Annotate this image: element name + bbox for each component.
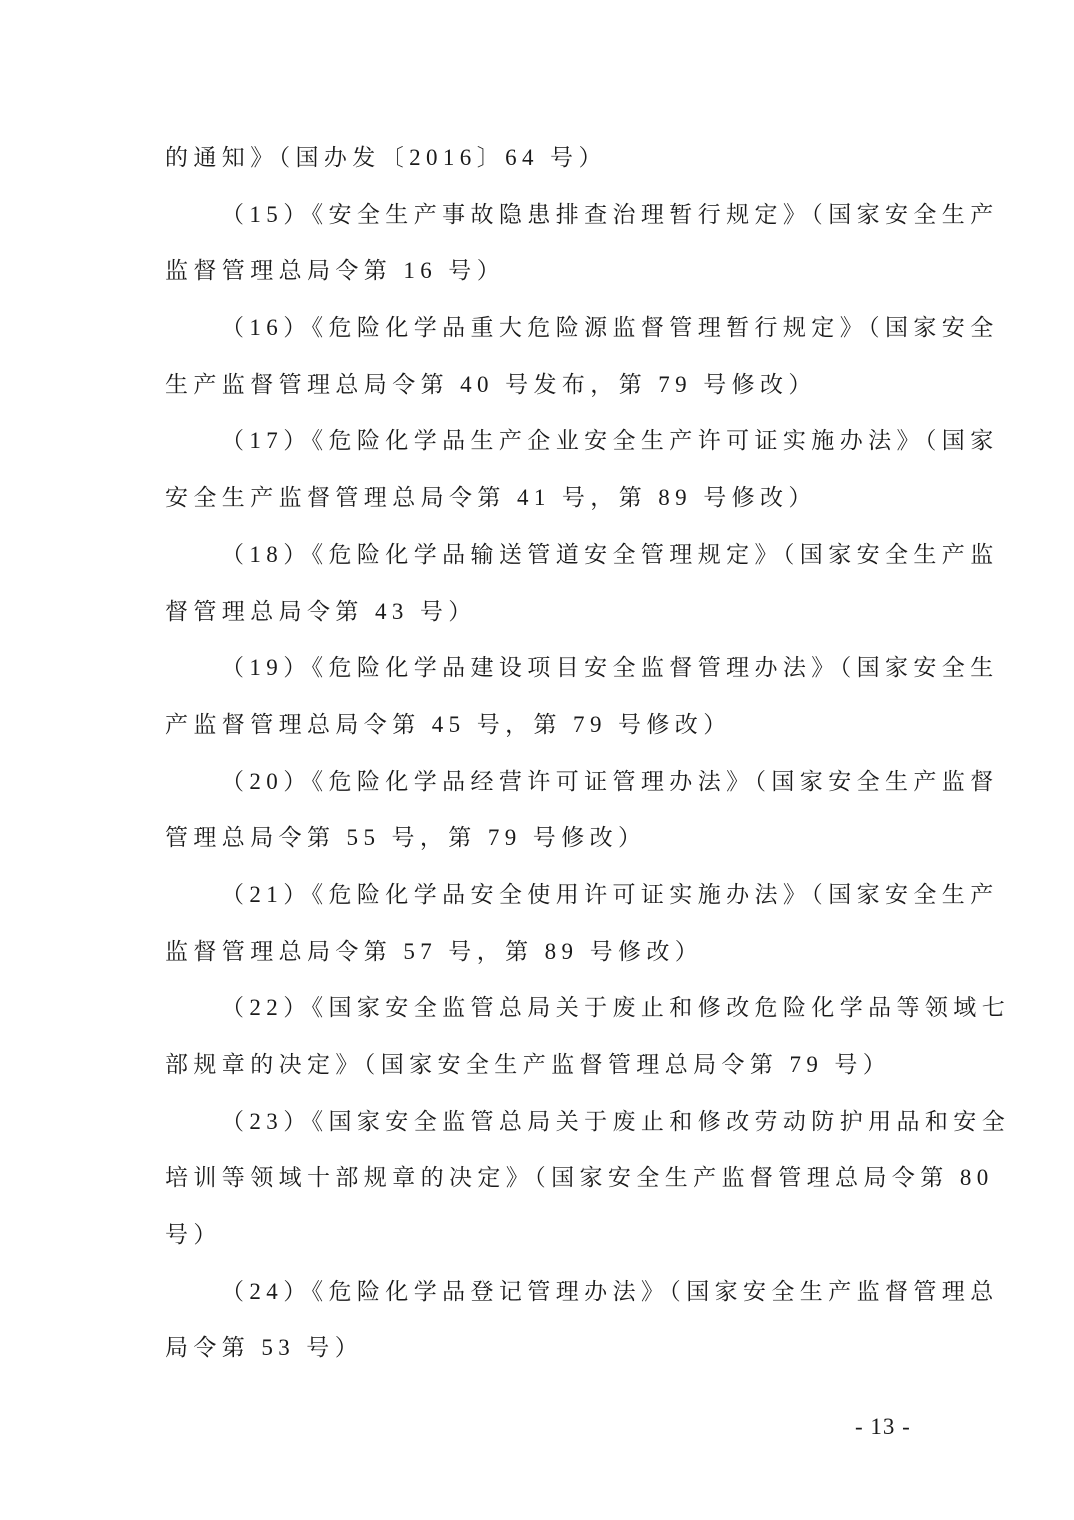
list-item-23-line-1: （23）《国家安全监管总局关于废止和修改劳动防护用品和安全	[165, 1101, 913, 1158]
list-item-16-line-2: 生产监督管理总局令第 40 号发布，第 79 号修改）	[165, 364, 913, 421]
list-item-16-line-1: （16）《危险化学品重大危险源监督管理暂行规定》（国家安全	[165, 307, 913, 364]
list-item-15-line-1: （15）《安全生产事故隐患排查治理暂行规定》（国家安全生产	[165, 194, 913, 251]
list-item-21-line-2: 监督管理总局令第 57 号，第 89 号修改）	[165, 931, 913, 988]
list-item-19-line-2: 产监督管理总局令第 45 号，第 79 号修改）	[165, 704, 913, 761]
list-item-20-line-2: 管理总局令第 55 号，第 79 号修改）	[165, 817, 913, 874]
list-item-18-line-2: 督管理总局令第 43 号）	[165, 591, 913, 648]
list-item-19-line-1: （19）《危险化学品建设项目安全监督管理办法》（国家安全生	[165, 647, 913, 704]
page-number: - 13 -	[855, 1412, 911, 1442]
list-item-23-line-2: 培训等领域十部规章的决定》（国家安全生产监督管理总局令第 80	[165, 1157, 913, 1214]
list-item-17-line-1: （17）《危险化学品生产企业安全生产许可证实施办法》（国家	[165, 420, 913, 477]
list-item-24-line-2: 局令第 53 号）	[165, 1327, 913, 1384]
list-item-17-line-2: 安全生产监督管理总局令第 41 号，第 89 号修改）	[165, 477, 913, 534]
list-item-21-line-1: （21）《危险化学品安全使用许可证实施办法》（国家安全生产	[165, 874, 913, 931]
list-item-18-line-1: （18）《危险化学品输送管道安全管理规定》（国家安全生产监	[165, 534, 913, 591]
list-item-22-line-2: 部规章的决定》（国家安全生产监督管理总局令第 79 号）	[165, 1044, 913, 1101]
list-item-15-line-2: 监督管理总局令第 16 号）	[165, 250, 913, 307]
list-item-23-line-3: 号）	[165, 1214, 913, 1271]
regulation-list: 的通知》（国办发〔2016〕64 号） （15）《安全生产事故隐患排查治理暂行规…	[165, 137, 913, 1384]
list-item-22-line-1: （22）《国家安全监管总局关于废止和修改危险化学品等领域七	[165, 987, 913, 1044]
continuation-line: 的通知》（国办发〔2016〕64 号）	[165, 137, 913, 194]
document-page: 的通知》（国办发〔2016〕64 号） （15）《安全生产事故隐患排查治理暂行规…	[0, 0, 1074, 1520]
list-item-20-line-1: （20）《危险化学品经营许可证管理办法》（国家安全生产监督	[165, 761, 913, 818]
list-item-24-line-1: （24）《危险化学品登记管理办法》（国家安全生产监督管理总	[165, 1271, 913, 1328]
